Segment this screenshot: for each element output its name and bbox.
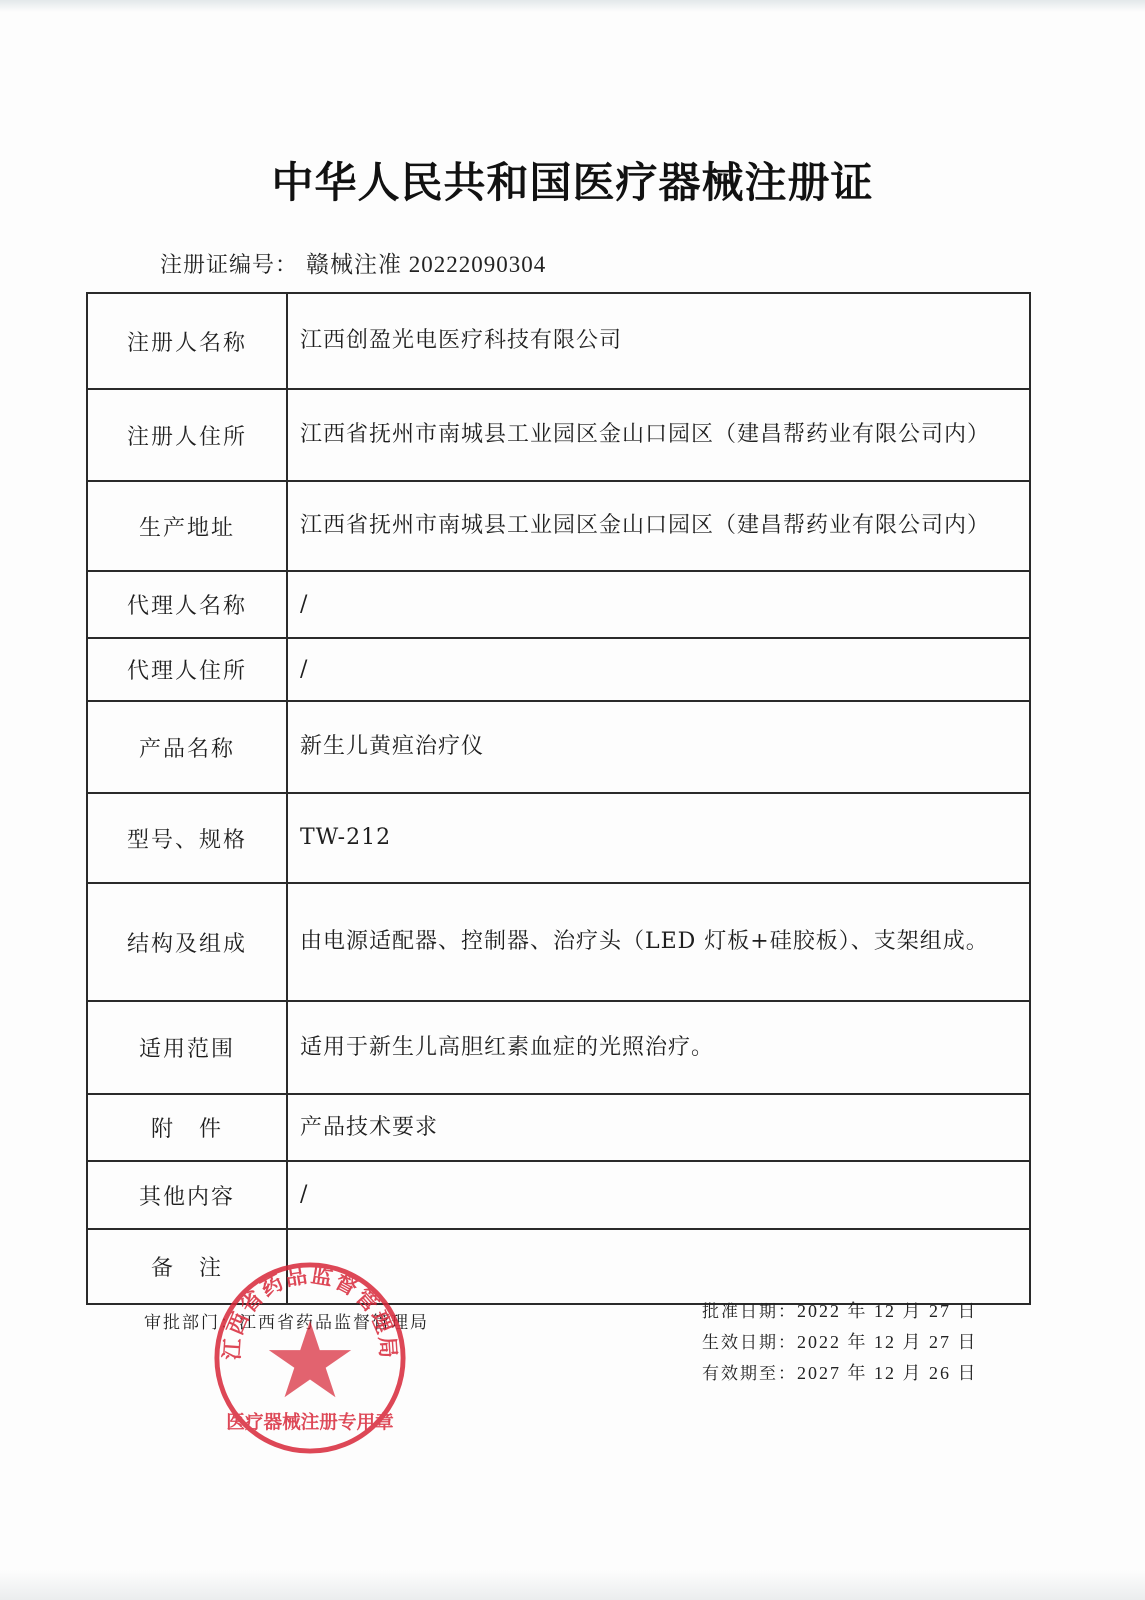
row-value: / xyxy=(287,1161,1030,1229)
expiry-date-value: 2027 年 12 月 26 日 xyxy=(797,1363,978,1383)
star-icon xyxy=(269,1321,351,1397)
row-label: 产品名称 xyxy=(87,701,287,793)
row-label: 其他内容 xyxy=(87,1161,287,1229)
table-row: 产品名称 新生儿黄疸治疗仪 xyxy=(87,701,1030,793)
table-row: 其他内容 / xyxy=(87,1161,1030,1229)
page-title: 中华人民共和国医疗器械注册证 xyxy=(0,150,1145,210)
seal-inner-text: 医疗器械注册专用章 xyxy=(226,1412,394,1434)
table-row: 代理人住所 / xyxy=(87,638,1030,701)
effective-date: 生效日期：2022 年 12 月 27 日 xyxy=(702,1328,978,1359)
registration-number-label: 注册证编号： xyxy=(160,253,298,278)
approval-date-label: 批准日期： xyxy=(702,1302,797,1322)
row-label: 注册人住所 xyxy=(87,389,287,481)
table-row: 代理人名称 / xyxy=(87,571,1030,638)
row-value: / xyxy=(287,571,1030,638)
table-row: 附 件 产品技术要求 xyxy=(87,1094,1030,1161)
effective-date-value: 2022 年 12 月 27 日 xyxy=(797,1332,978,1352)
row-label: 型号、规格 xyxy=(87,793,287,883)
row-value: 江西创盈光电医疗科技有限公司 xyxy=(287,293,1030,389)
row-label: 结构及组成 xyxy=(87,883,287,1001)
approval-date: 批准日期：2022 年 12 月 27 日 xyxy=(702,1297,978,1328)
table-row: 注册人住所 江西省抚州市南城县工业园区金山口园区（建昌帮药业有限公司内） xyxy=(87,389,1030,481)
scan-edge-bottom xyxy=(0,1570,1145,1600)
row-label: 适用范围 xyxy=(87,1001,287,1094)
registration-number: 注册证编号：赣械注准 20222090304 xyxy=(160,246,546,279)
row-label: 附 件 xyxy=(87,1094,287,1161)
row-label: 生产地址 xyxy=(87,481,287,571)
scan-edge-top xyxy=(0,0,1145,12)
row-value: 江西省抚州市南城县工业园区金山口园区（建昌帮药业有限公司内） xyxy=(287,389,1030,481)
row-label: 代理人住所 xyxy=(87,638,287,701)
row-value: 适用于新生儿高胆红素血症的光照治疗。 xyxy=(287,1001,1030,1094)
row-label: 注册人名称 xyxy=(87,293,287,389)
expiry-date: 有效期至：2027 年 12 月 26 日 xyxy=(702,1359,978,1390)
certificate-table: 注册人名称 江西创盈光电医疗科技有限公司 注册人住所 江西省抚州市南城县工业园区… xyxy=(86,292,1031,1305)
row-value: 新生儿黄疸治疗仪 xyxy=(287,701,1030,793)
table-row: 适用范围 适用于新生儿高胆红素血症的光照治疗。 xyxy=(87,1001,1030,1094)
official-seal: 江西省药品监督管理局 医疗器械注册专用章 xyxy=(212,1260,408,1456)
effective-date-label: 生效日期： xyxy=(702,1333,797,1353)
table-row: 注册人名称 江西创盈光电医疗科技有限公司 xyxy=(87,293,1030,389)
row-value: 由电源适配器、控制器、治疗头（LED 灯板+硅胶板）、支架组成。 xyxy=(287,883,1030,1001)
table-row: 结构及组成 由电源适配器、控制器、治疗头（LED 灯板+硅胶板）、支架组成。 xyxy=(87,883,1030,1001)
row-value: / xyxy=(287,638,1030,701)
table-row: 生产地址 江西省抚州市南城县工业园区金山口园区（建昌帮药业有限公司内） xyxy=(87,481,1030,571)
row-value: TW-212 xyxy=(287,793,1030,883)
approval-date-value: 2022 年 12 月 27 日 xyxy=(797,1301,978,1321)
date-block: 批准日期：2022 年 12 月 27 日 生效日期：2022 年 12 月 2… xyxy=(702,1297,978,1390)
row-value: 江西省抚州市南城县工业园区金山口园区（建昌帮药业有限公司内） xyxy=(287,481,1030,571)
row-label: 代理人名称 xyxy=(87,571,287,638)
table-row: 型号、规格 TW-212 xyxy=(87,793,1030,883)
expiry-date-label: 有效期至： xyxy=(702,1364,797,1384)
registration-number-value: 赣械注准 20222090304 xyxy=(306,252,546,277)
row-value: 产品技术要求 xyxy=(287,1094,1030,1161)
